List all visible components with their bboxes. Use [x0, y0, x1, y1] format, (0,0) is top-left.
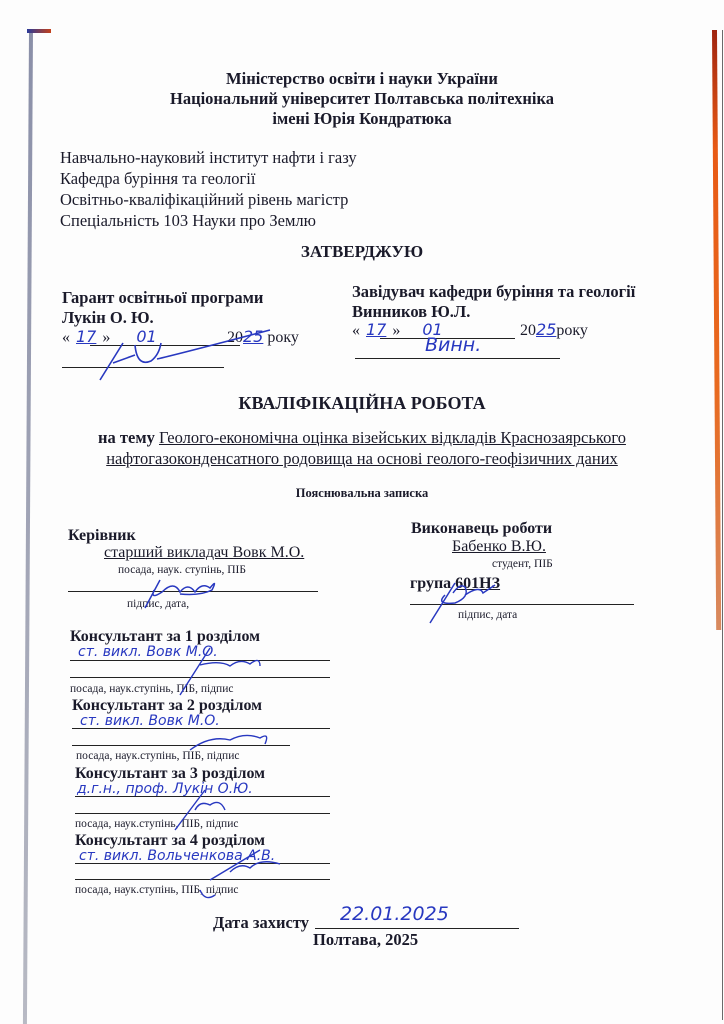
ministry-header: Міністерство освіти і науки України Наці…: [0, 69, 724, 129]
approve-right-date: «17» 01 2025року: [352, 320, 612, 340]
supervisor-label: Керівник: [68, 527, 136, 545]
work-subtitle: Пояснювальна записка: [0, 486, 724, 501]
scan-edge-corner: [27, 29, 51, 33]
defense-date: 22.01.2025: [340, 903, 449, 925]
executor-caption: студент, ПІБ: [492, 558, 553, 570]
executor-label: Виконавець роботи: [411, 520, 552, 538]
defense-label: Дата захисту: [213, 913, 309, 933]
approve-title: ЗАТВЕРДЖУЮ: [0, 242, 724, 262]
education-level: Освітньо-кваліфікаційний рівень магістр: [60, 189, 357, 210]
day-value: 17: [360, 320, 392, 339]
theme-label: на тему: [98, 428, 155, 447]
guarantor-role: Гарант освітньої програми: [62, 288, 263, 308]
theme-line2: нафтогазоконденсатного родовища на основ…: [106, 449, 618, 468]
supervisor-signature: [140, 570, 230, 610]
head-role: Завідувач кафедри буріння та геології: [352, 282, 635, 302]
supervisor-value: старший викладач Вовк М.О.: [104, 544, 304, 562]
scan-edge-right-border: [722, 30, 723, 1020]
work-theme: на тему Геолого-економічна оцінка візейс…: [0, 427, 724, 469]
head-name: Винников Ю.Л.: [352, 302, 635, 322]
university-line: Національний університет Полтавська полі…: [0, 89, 724, 109]
ministry-line: Міністерство освіти і науки України: [0, 69, 724, 89]
scan-edge-left: [23, 30, 33, 1024]
institute: Навчально-науковий інститут нафти і газу: [60, 147, 357, 168]
approve-right: Завідувач кафедри буріння та геології Ви…: [352, 282, 635, 322]
consultant-signatures: [170, 640, 330, 900]
approve-left: Гарант освітньої програми Лукін О. Ю.: [62, 288, 263, 328]
department: Кафедра буріння та геології: [60, 168, 357, 189]
head-signature: Винн.: [425, 334, 481, 356]
guarantor-signature: [95, 325, 275, 385]
university-name-line: імені Юрія Кондратюка: [0, 109, 724, 129]
work-title: КВАЛІФІКАЦІЙНА РОБОТА: [0, 393, 724, 414]
specialty: Спеціальність 103 Науки про Землю: [60, 210, 357, 231]
theme-line1: Геолого-економічна оцінка візейських від…: [159, 428, 626, 447]
executor-signature: [425, 575, 505, 625]
info-block: Навчально-науковий інститут нафти і газу…: [60, 147, 357, 231]
city-year: Полтава, 2025: [313, 930, 418, 950]
executor-name: Бабенко В.Ю.: [452, 538, 546, 556]
year-value: 25: [536, 320, 556, 339]
